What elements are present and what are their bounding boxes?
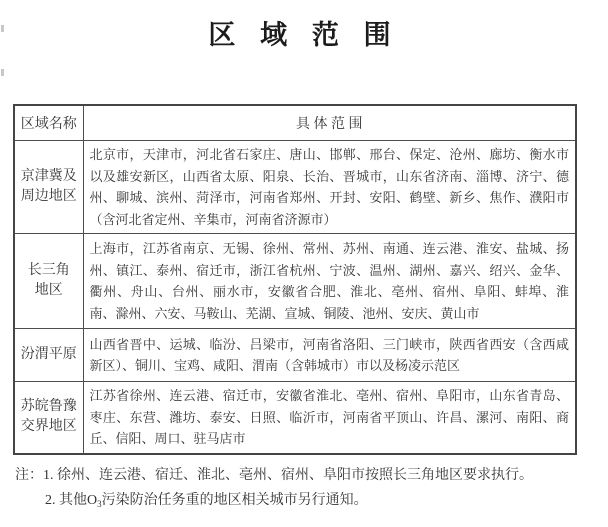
scope-cell: 山西省晋中、运城、临汾、吕梁市，河南省洛阳、三门峡市，陕西省西安（含西咸新区）、… xyxy=(83,329,576,382)
table-header-row: 区域名称 具 体 范 围 xyxy=(14,105,576,141)
table-row: 京津冀及 周边地区 北京市，天津市，河北省石家庄、唐山、邯郸、邢台、保定、沧州、… xyxy=(14,141,576,234)
column-header-specific-scope: 具 体 范 围 xyxy=(83,105,576,141)
footnote-2: 2. 其他O3污染防治任务重的地区相关城市另行通知。 xyxy=(45,488,600,517)
footnote-2-text: 污染防治任务重的地区相关城市另行通知。 xyxy=(102,493,368,508)
scope-cell: 江苏省徐州、连云港、宿迁市，安徽省淮北、亳州、宿州、阜阳市，山东省青岛、枣庄、东… xyxy=(83,382,576,454)
page-title: 区 域 范 围 xyxy=(0,13,608,52)
table-row: 苏皖鲁豫 交界地区 江苏省徐州、连云港、宿迁市，安徽省淮北、亳州、宿州、阜阳市，… xyxy=(14,382,576,454)
region-name-cell: 长三角 地区 xyxy=(14,234,83,329)
region-name-cell: 京津冀及 周边地区 xyxy=(14,141,83,234)
scope-cell: 上海市，江苏省南京、无锡、徐州、常州、苏州、南通、连云港、淮安、盐城、扬州、镇江… xyxy=(83,234,576,329)
footnotes: 注：1. 徐州、连云港、宿迁、淮北、亳州、宿州、阜阳市按照长三角地区要求执行。 … xyxy=(15,463,600,517)
scan-artifact xyxy=(1,69,4,76)
region-name-cell: 苏皖鲁豫 交界地区 xyxy=(14,382,83,454)
table-row: 长三角 地区 上海市，江苏省南京、无锡、徐州、常州、苏州、南通、连云港、淮安、盐… xyxy=(14,234,576,329)
footnote-1: 注：1. 徐州、连云港、宿迁、淮北、亳州、宿州、阜阳市按照长三角地区要求执行。 xyxy=(15,463,600,488)
table-row: 汾渭平原 山西省晋中、运城、临汾、吕梁市，河南省洛阳、三门峡市，陕西省西安（含西… xyxy=(14,329,576,382)
region-scope-table: 区域名称 具 体 范 围 京津冀及 周边地区 北京市，天津市，河北省石家庄、唐山… xyxy=(13,104,577,455)
column-header-region-name: 区域名称 xyxy=(14,105,83,141)
footnote-2-text: 2. 其他O xyxy=(45,493,97,508)
scope-cell: 北京市，天津市，河北省石家庄、唐山、邯郸、邢台、保定、沧州、廊坊、衡水市以及雄安… xyxy=(83,141,576,234)
region-name-cell: 汾渭平原 xyxy=(14,329,83,382)
